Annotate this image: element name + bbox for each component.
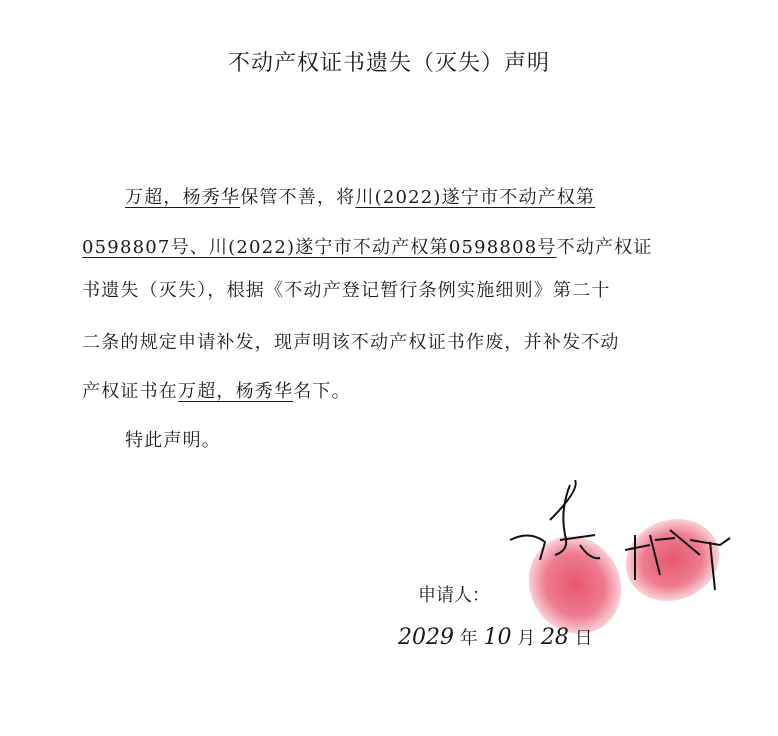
- closing-statement: 特此声明。: [125, 426, 221, 452]
- handwritten-signature: [500, 480, 750, 590]
- body-line-3: 书遗失（灭失），根据《不动产登记暂行条例实施细则》第二十: [82, 276, 611, 302]
- certificate-number: 川(2022)遂宁市不动产权第: [355, 187, 595, 208]
- signing-date: 2029 年 10 月 28 日: [398, 624, 593, 650]
- document-title: 不动产权证书遗失（灭失）声明: [0, 46, 778, 77]
- body-line-4: 二条的规定申请补发，现声明该不动产权证书作废，并补发不动: [82, 328, 620, 354]
- body-text: 产权证书在: [82, 381, 178, 402]
- body-text: 保管不善，将: [240, 187, 355, 208]
- date-year: 2029: [398, 625, 454, 650]
- owner-names: 万超，杨秀华: [125, 187, 240, 208]
- body-text: 不动产权证: [557, 237, 653, 258]
- day-label: 日: [575, 628, 593, 649]
- body-line-5: 产权证书在万超，杨秀华名下。: [82, 377, 351, 403]
- month-label: 月: [517, 628, 535, 649]
- certificate-numbers: 0598807号、川(2022)遂宁市不动产权第0598808号: [82, 237, 557, 258]
- applicant-label: 申请人：: [418, 581, 490, 607]
- body-line-2: 0598807号、川(2022)遂宁市不动产权第0598808号不动产权证: [82, 233, 653, 259]
- date-month: 10: [483, 625, 511, 650]
- date-day: 28: [541, 625, 569, 650]
- owner-names: 万超，杨秀华: [178, 381, 293, 402]
- year-label: 年: [460, 628, 478, 649]
- body-line-1: 万超，杨秀华保管不善，将川(2022)遂宁市不动产权第: [125, 183, 595, 209]
- body-text: 名下。: [293, 381, 351, 402]
